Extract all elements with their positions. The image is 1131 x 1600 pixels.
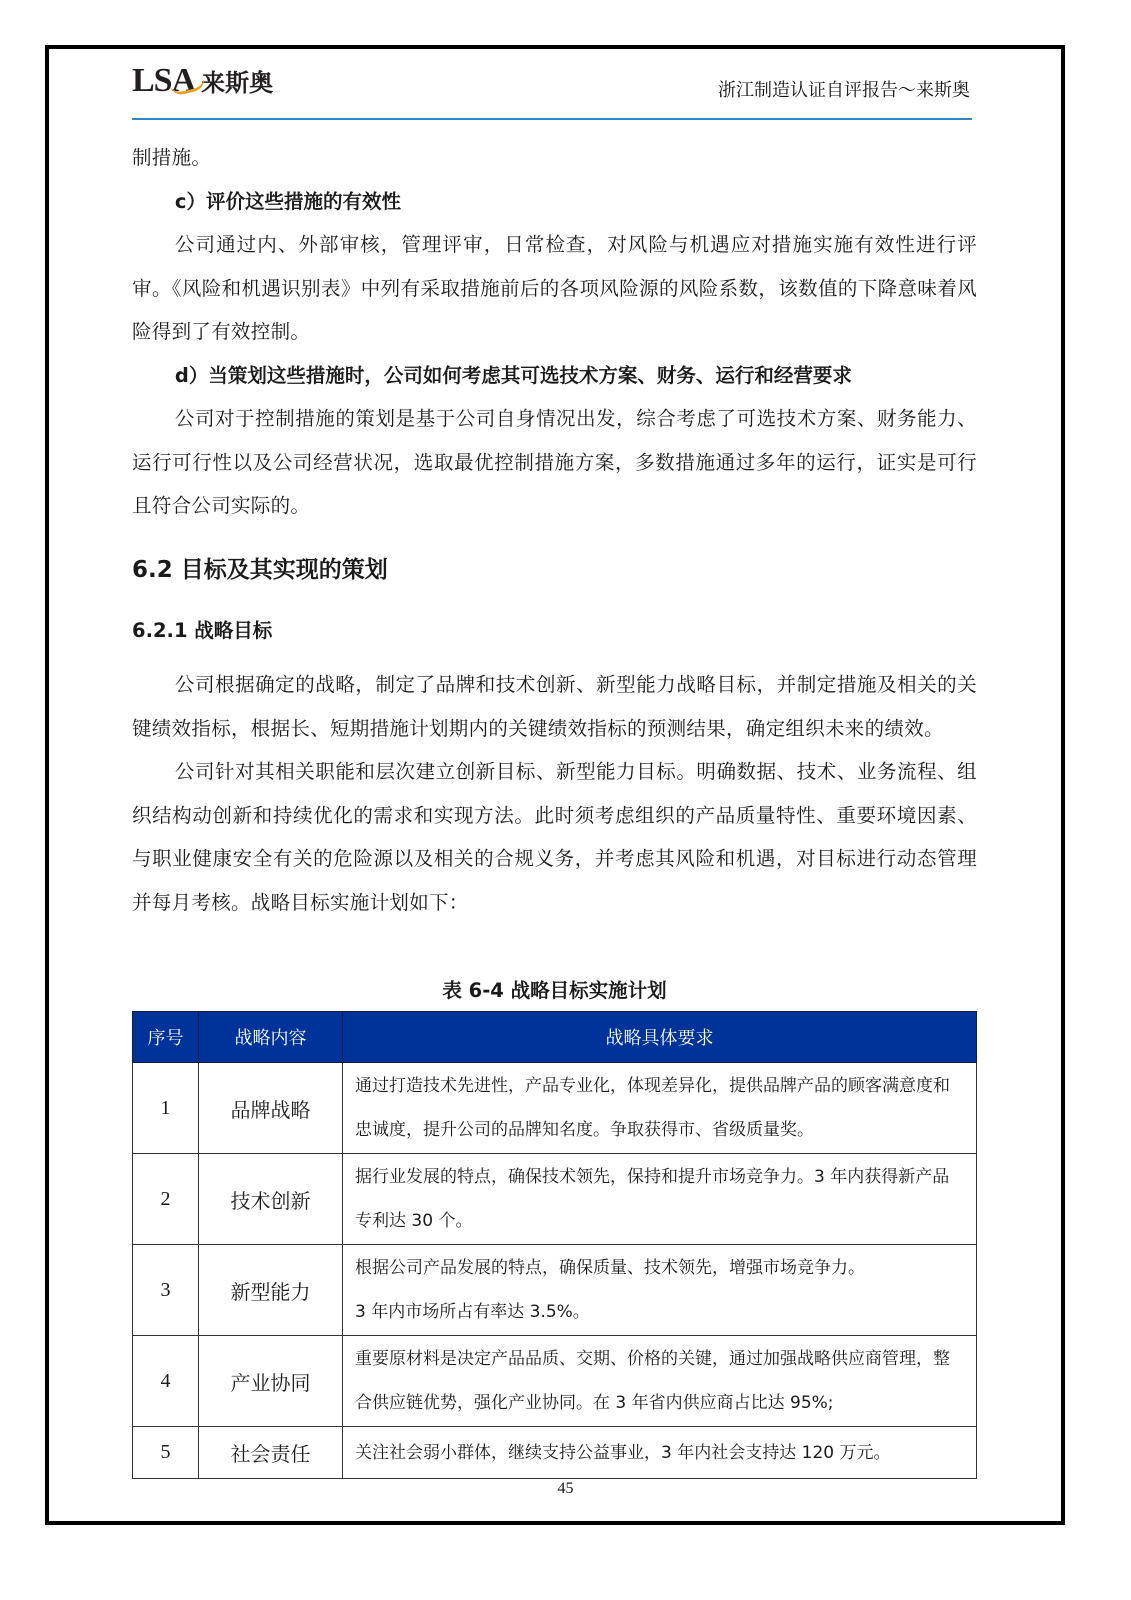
row-number: 5 [133, 1427, 199, 1479]
header-divider [132, 118, 972, 120]
row-number: 1 [133, 1063, 199, 1154]
strategic-goals-para-2: 公司针对其相关职能和层次建立创新目标、新型能力目标。明确数据、技术、业务流程、组… [132, 750, 977, 924]
row-requirement-line-1: 根据公司产品发展的特点，确保质量、技术领先，增强市场竞争力。 [355, 1246, 966, 1290]
section-d-heading: d）当策划这些措施时，公司如何考虑其可选技术方案、财务、运行和经营要求 [132, 354, 977, 398]
section-d-body: 公司对于控制措施的策划是基于公司自身情况出发，综合考虑了可选技术方案、财务能力、… [132, 397, 977, 528]
row-topic: 技术创新 [199, 1154, 343, 1245]
row-requirement: 通过打造技术先进性，产品专业化，体现差异化，提供品牌产品的顾客满意度和忠诚度，提… [343, 1063, 977, 1154]
table-row: 5 社会责任 关注社会弱小群体，继续支持公益事业，3 年内社会支持达 120 万… [133, 1427, 977, 1479]
row-topic: 社会责任 [199, 1427, 343, 1479]
row-topic: 品牌战略 [199, 1063, 343, 1154]
column-header-number: 序号 [133, 1012, 199, 1063]
column-header-content: 战略内容 [199, 1012, 343, 1063]
continuation-text: 制措施。 [132, 136, 977, 180]
company-logo: LSA 来斯奥 [132, 62, 273, 100]
table-row: 4 产业协同 重要原材料是决定产品品质、交期、价格的关键，通过加强战略供应商管理… [133, 1336, 977, 1427]
logo-chinese-text: 来斯奥 [201, 63, 273, 98]
row-requirement: 根据公司产品发展的特点，确保质量、技术领先，增强市场竞争力。 3 年内市场所占有… [343, 1245, 977, 1336]
table-row: 2 技术创新 据行业发展的特点，确保技术领先，保持和提升市场竞争力。3 年内获得… [133, 1154, 977, 1245]
row-topic: 产业协同 [199, 1336, 343, 1427]
table-row: 3 新型能力 根据公司产品发展的特点，确保质量、技术领先，增强市场竞争力。 3 … [133, 1245, 977, 1336]
report-title: 浙江制造认证自评报告～来斯奥 [718, 76, 970, 102]
column-header-requirement: 战略具体要求 [343, 1012, 977, 1063]
table-row: 1 品牌战略 通过打造技术先进性，产品专业化，体现差异化，提供品牌产品的顾客满意… [133, 1063, 977, 1154]
strategic-goals-para-1: 公司根据确定的战略，制定了品牌和技术创新、新型能力战略目标，并制定措施及相关的关… [132, 663, 977, 750]
page-number: 45 [0, 1480, 1131, 1498]
row-number: 2 [133, 1154, 199, 1245]
section-6-2-title: 6.2 目标及其实现的策划 [132, 551, 388, 584]
row-topic: 新型能力 [199, 1245, 343, 1336]
section-c-body: 公司通过内、外部审核，管理评审，日常检查，对风险与机遇应对措施实施有效性进行评审… [132, 223, 977, 354]
page-header: LSA 来斯奥 浙江制造认证自评报告～来斯奥 [132, 60, 972, 120]
row-requirement: 据行业发展的特点，确保技术领先，保持和提升市场竞争力。3 年内获得新产品专利达 … [343, 1154, 977, 1245]
section-c-heading: c）评价这些措施的有效性 [132, 180, 977, 224]
table-header-row: 序号 战略内容 战略具体要求 [133, 1012, 977, 1063]
section-6-2-1-title: 6.2.1 战略目标 [132, 615, 272, 643]
strategy-table: 序号 战略内容 战略具体要求 1 品牌战略 通过打造技术先进性，产品专业化，体现… [132, 1011, 977, 1479]
section-c-d-content: 制措施。 c）评价这些措施的有效性 公司通过内、外部审核，管理评审，日常检查，对… [132, 136, 977, 528]
row-number: 4 [133, 1336, 199, 1427]
row-requirement: 重要原材料是决定产品品质、交期、价格的关键，通过加强战略供应商管理，整合供应链优… [343, 1336, 977, 1427]
row-number: 3 [133, 1245, 199, 1336]
strategic-goals-content: 公司根据确定的战略，制定了品牌和技术创新、新型能力战略目标，并制定措施及相关的关… [132, 663, 977, 924]
row-requirement-line-2: 3 年内市场所占有率达 3.5%。 [355, 1290, 966, 1334]
row-requirement: 关注社会弱小群体，继续支持公益事业，3 年内社会支持达 120 万元。 [343, 1427, 977, 1479]
table-caption: 表 6-4 战略目标实施计划 [132, 975, 977, 1003]
